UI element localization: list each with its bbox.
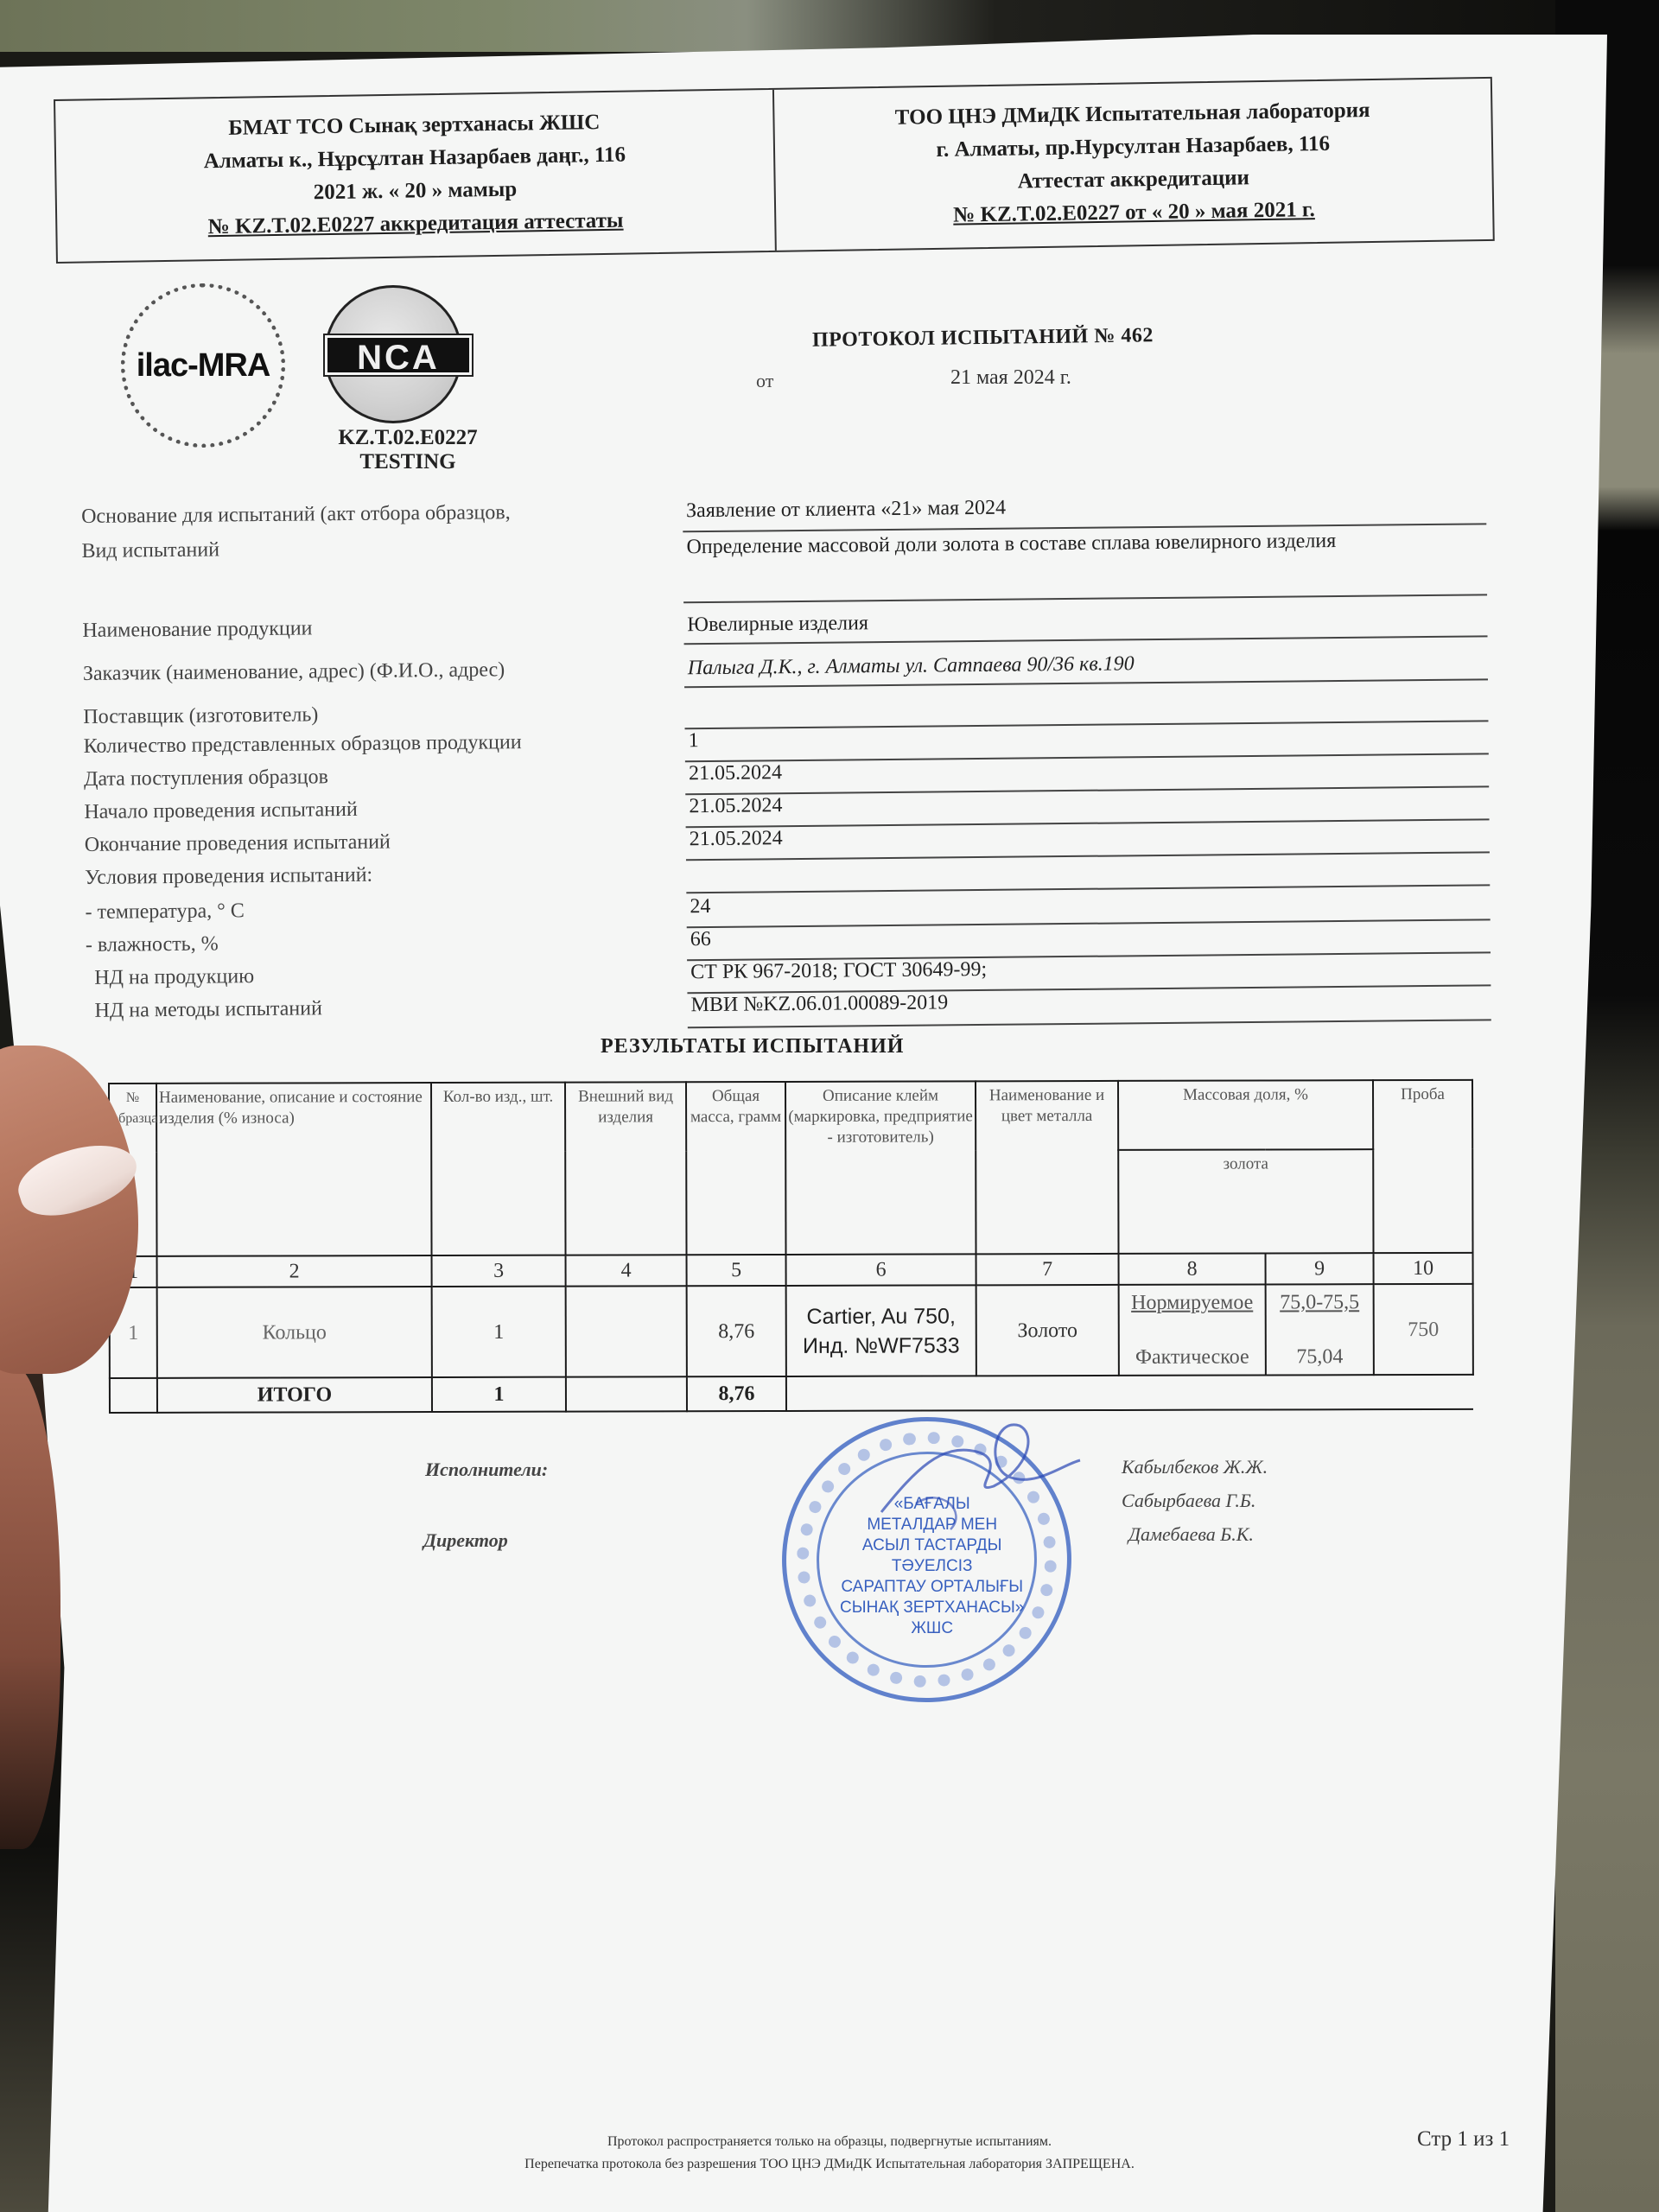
protocol-title: ПРОТОКОЛ ИСПЫТАНИЙ № 462 [812, 324, 1154, 353]
total-label: ИТОГО [157, 1377, 432, 1413]
column-number: 8 [1119, 1253, 1266, 1284]
footer-notice: Протокол распространяется только на обра… [423, 2131, 1236, 2176]
total-mass: 8,76 [687, 1376, 786, 1411]
stamp-line: ЖШС [822, 1618, 1042, 1639]
nca-globe-logo-icon: NCA [324, 285, 462, 423]
cell-appearance [566, 1286, 687, 1376]
nca-testing-text: TESTING [321, 450, 494, 474]
column-number: 7 [976, 1254, 1119, 1285]
protocol-date: 21 мая 2024 г. [950, 366, 1071, 390]
header-name: Наименование, описание и состояние издел… [156, 1083, 432, 1256]
header-appearance: Внешний вид изделия [565, 1082, 687, 1255]
ilac-mra-logo-icon: ilac-MRA [121, 283, 285, 448]
header-mass-fraction: Массовая доля, % [1118, 1080, 1373, 1150]
cell-marking: Cartier, Au 750, Инд. №WF7533 [786, 1285, 976, 1376]
field-value [686, 853, 1490, 893]
total-appearance [566, 1376, 687, 1411]
table-row: 1 Кольцо 1 8,76 Cartier, Au 750, Инд. №W… [110, 1284, 1473, 1378]
column-number: 3 [432, 1255, 566, 1287]
nca-accreditation-code: KZ.T.02.E0227 TESTING [321, 426, 494, 474]
ilac-logo-text: ilac-MRA [135, 347, 272, 385]
total-qty: 1 [432, 1377, 566, 1412]
header-kazakh: БМАТ ТСО Сынақ зертханасы ЖШС Алматы к.,… [55, 90, 774, 262]
protocol-from-label: от [756, 370, 773, 392]
actual-label: Фактическое [1122, 1347, 1263, 1368]
cell-assay: 750 [1374, 1284, 1473, 1375]
total-blank [786, 1375, 1473, 1411]
header-mass: Общая масса, грамм [686, 1082, 786, 1255]
results-header-row: № образца Наименование, описание и состо… [109, 1080, 1472, 1153]
footer-line: Протокол распространяется только на обра… [423, 2131, 1236, 2153]
cell-metal: Золото [976, 1285, 1119, 1376]
field-label: НД на методы испытаний [82, 994, 687, 1034]
page-number: Стр 1 из 1 [1417, 2127, 1510, 2152]
column-number: 9 [1266, 1253, 1374, 1284]
header-qty: Кол-во изд., шт. [431, 1083, 566, 1255]
performer-name: Кабылбеков Ж.Ж. [1122, 1450, 1268, 1484]
stamp-line: САРАПТАУ ОРТАЛЫҒЫ [822, 1577, 1042, 1598]
column-number: 5 [687, 1255, 786, 1286]
performer-name: Сабырбаева Г.Б. [1122, 1484, 1268, 1517]
header-marking: Описание клейм (маркировка, предприятие … [785, 1081, 976, 1255]
column-number: 10 [1374, 1253, 1473, 1284]
field-test-type: Вид испытаний Определение массовой доли … [78, 524, 1487, 609]
stamp-line: ТӘУЕЛСІЗ [822, 1556, 1042, 1577]
results-table: № образца Наименование, описание и состо… [108, 1079, 1474, 1414]
field-label: Условия проведения испытаний: [81, 861, 686, 901]
stamp-line: АСЫЛ ТАСТАРДЫ [822, 1535, 1042, 1556]
marking-line: Cartier, Au 750, [789, 1301, 974, 1332]
header-assay: Проба [1373, 1080, 1473, 1253]
performers-label: Исполнители: [425, 1459, 548, 1481]
cell-fraction-values: 75,0-75,5 75,04 [1266, 1284, 1374, 1375]
director-label: Директор [423, 1529, 508, 1552]
column-number: 2 [157, 1255, 432, 1287]
field-label: Вид испытаний [78, 532, 683, 609]
total-row: ИТОГО 1 8,76 [110, 1375, 1473, 1413]
results-title: РЕЗУЛЬТАТЫ ИСПЫТАНИЙ [601, 1035, 904, 1058]
header-russian: ТОО ЦНЭ ДМиДК Испытательная лаборатория … [772, 79, 1492, 251]
cell-fraction-labels: Нормируемое Фактическое [1119, 1284, 1266, 1375]
header-metal: Наименование и цвет металла [976, 1081, 1119, 1254]
nca-code-text: KZ.T.02.E0227 [321, 426, 494, 450]
cell-name: Кольцо [157, 1287, 432, 1378]
normative-label: Нормируемое [1122, 1293, 1263, 1313]
cell-qty: 1 [432, 1287, 566, 1377]
cell-mass: 8,76 [687, 1286, 786, 1376]
marking-line: Инд. №WF7533 [789, 1331, 974, 1361]
column-numbers-row: 1 2 3 4 5 6 7 8 9 10 [110, 1253, 1473, 1287]
actual-value: 75,04 [1268, 1346, 1371, 1367]
footer-line: Перепечатка протокола без разрешения ТОО… [423, 2153, 1236, 2176]
header-gold: золота [1118, 1149, 1373, 1254]
protocol-title-text: ПРОТОКОЛ ИСПЫТАНИЙ № 462 [812, 324, 1154, 353]
nca-logo-text: NCA [325, 335, 472, 375]
column-number: 4 [566, 1255, 687, 1286]
total-empty [110, 1378, 157, 1413]
stamp-line: СЫНАҚ ЗЕРТХАНАСЫ» [822, 1598, 1042, 1618]
director-name: Дамебаева Б.К. [1122, 1517, 1268, 1551]
normative-value: 75,0-75,5 [1268, 1292, 1371, 1313]
header-table: БМАТ ТСО Сынақ зертханасы ЖШС Алматы к.,… [54, 77, 1495, 264]
field-value: Определение массовой доли золота в соста… [683, 524, 1487, 603]
signature-scribble-icon [864, 1417, 1089, 1538]
protocol-fields: Основание для испытаний (акт отбора обра… [78, 492, 1491, 1034]
column-number: 6 [786, 1254, 976, 1286]
performer-names: Кабылбеков Ж.Ж. Сабырбаева Г.Б. Дамебаев… [1122, 1450, 1268, 1551]
